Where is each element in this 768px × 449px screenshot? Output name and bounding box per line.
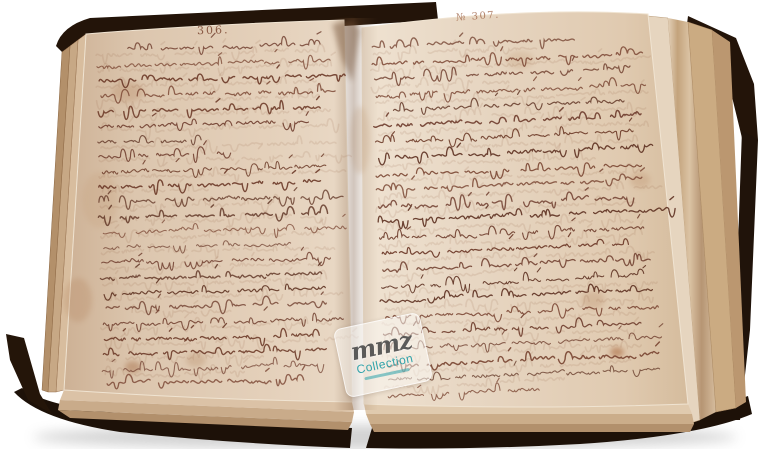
left-page-number: 306. <box>197 23 230 37</box>
stain <box>82 172 118 228</box>
stain <box>64 278 92 322</box>
stain <box>610 347 624 357</box>
stain <box>186 353 206 367</box>
book-photo: 306. № 307. mmz Collection <box>0 0 768 449</box>
